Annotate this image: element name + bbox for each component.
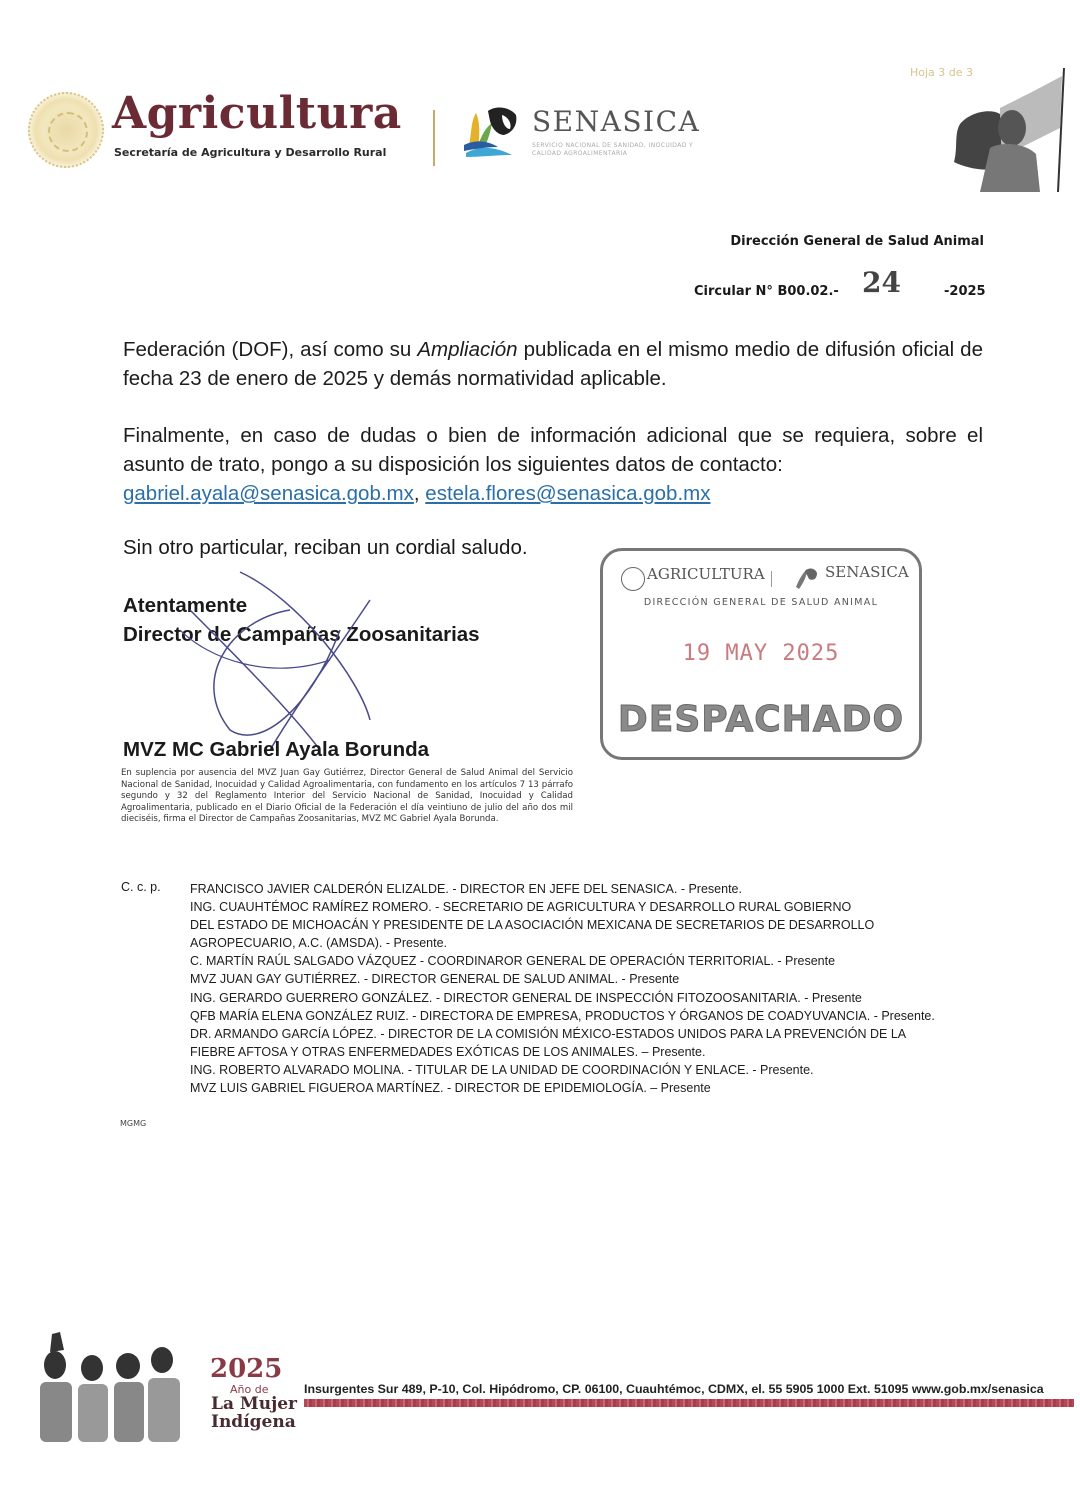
ampliacion-italic: Ampliación xyxy=(417,338,517,361)
ccp-line: FIEBRE AFTOSA Y OTRAS ENFERMEDADES EXÓTI… xyxy=(190,1043,990,1061)
year-label: 2025 xyxy=(210,1356,282,1382)
circular-year: -2025 xyxy=(944,284,986,299)
email-separator: , xyxy=(414,482,425,505)
stamp-partner: SENASICA xyxy=(825,563,909,581)
partner-title: SENASICA xyxy=(532,108,700,136)
paragraph-contact: Finalmente, en caso de dudas o bien de i… xyxy=(123,421,983,508)
agency-subtitle: Secretaría de Agricultura y Desarrollo R… xyxy=(114,146,386,159)
stamp-department: DIRECCIÓN GENERAL DE SALUD ANIMAL xyxy=(603,597,919,608)
flag-bearer-illustration-icon xyxy=(940,68,1068,192)
stamp-divider xyxy=(771,571,772,587)
stamp-date: 19 MAY 2025 xyxy=(603,641,919,666)
ccp-line: QFB MARÍA ELENA GONZÁLEZ RUIZ. - DIRECTO… xyxy=(190,1007,990,1025)
year-motto: La Mujer Indígena xyxy=(211,1396,297,1432)
department-name: Dirección General de Salud Animal xyxy=(730,234,984,249)
paragraph-dof-text: Federación (DOF), así como su xyxy=(123,338,417,361)
signer-name: MVZ MC Gabriel Ayala Borunda xyxy=(123,738,429,762)
header-divider xyxy=(433,110,435,166)
stamp-senasica-icon xyxy=(793,565,819,591)
ccp-line: C. MARTÍN RAÚL SALGADO VÁZQUEZ - COORDIN… xyxy=(190,952,990,970)
national-seal-logo xyxy=(28,92,104,168)
partner-subtitle: SERVICIO NACIONAL DE SANIDAD, INOCUIDAD … xyxy=(532,142,712,158)
stamp-status: DESPACHADO xyxy=(603,699,919,740)
handwritten-signature-icon xyxy=(170,560,430,760)
ccp-line: ING. ROBERTO ALVARADO MOLINA. - TITULAR … xyxy=(190,1061,990,1079)
paragraph-dof: Federación (DOF), así como su Ampliación… xyxy=(123,335,983,393)
ccp-line: ING. GERARDO GUERRERO GONZÁLEZ. - DIRECT… xyxy=(190,989,990,1007)
ccp-list: FRANCISCO JAVIER CALDERÓN ELIZALDE. - DI… xyxy=(190,880,990,1097)
paragraph-contact-text: Finalmente, en caso de dudas o bien de i… xyxy=(123,424,983,476)
agency-title: Agricultura xyxy=(112,92,402,136)
stamp-seal-icon xyxy=(621,567,645,591)
senasica-cow-corn-icon xyxy=(462,105,520,159)
ccp-line: FRANCISCO JAVIER CALDERÓN ELIZALDE. - DI… xyxy=(190,880,990,898)
ccp-line: DR. ARMANDO GARCÍA LÓPEZ. - DIRECTOR DE … xyxy=(190,1025,990,1043)
motto-line-2: Indígena xyxy=(211,1414,297,1432)
footer-address: Insurgentes Sur 489, P-10, Col. Hipódrom… xyxy=(304,1382,1044,1396)
dispatch-stamp: AGRICULTURA SENASICA DIRECCIÓN GENERAL D… xyxy=(600,548,922,760)
ccp-line: AGROPECUARIO, A.C. (AMSDA). - Presente. xyxy=(190,934,990,952)
ccp-line: ING. CUAUHTÉMOC RAMÍREZ ROMERO. - SECRET… xyxy=(190,898,990,916)
stamp-agency: AGRICULTURA xyxy=(647,565,765,583)
ccp-line: MVZ JUAN GAY GUTIÉRREZ. - DIRECTOR GENER… xyxy=(190,970,990,988)
ccp-line: DEL ESTADO DE MICHOACÁN Y PRESIDENTE DE … xyxy=(190,916,990,934)
closing-line: Sin otro particular, reciban un cordial … xyxy=(123,536,528,560)
footer-decorative-bar xyxy=(304,1399,1074,1407)
ccp-label: C. c. p. xyxy=(121,880,161,894)
author-initials: MGMG xyxy=(120,1119,146,1128)
circular-prefix: Circular N° B00.02.- xyxy=(694,284,839,299)
circular-number: 24 xyxy=(862,266,901,299)
indigenous-women-illustration-icon xyxy=(30,1330,185,1450)
email-link-gabriel[interactable]: gabriel.ayala@senasica.gob.mx xyxy=(123,482,414,505)
ccp-line: MVZ LUIS GABRIEL FIGUEROA MARTÍNEZ. - DI… xyxy=(190,1079,990,1097)
delegation-note: En suplencia por ausencia del MVZ Juan G… xyxy=(121,768,573,826)
email-link-estela[interactable]: estela.flores@senasica.gob.mx xyxy=(425,482,710,505)
